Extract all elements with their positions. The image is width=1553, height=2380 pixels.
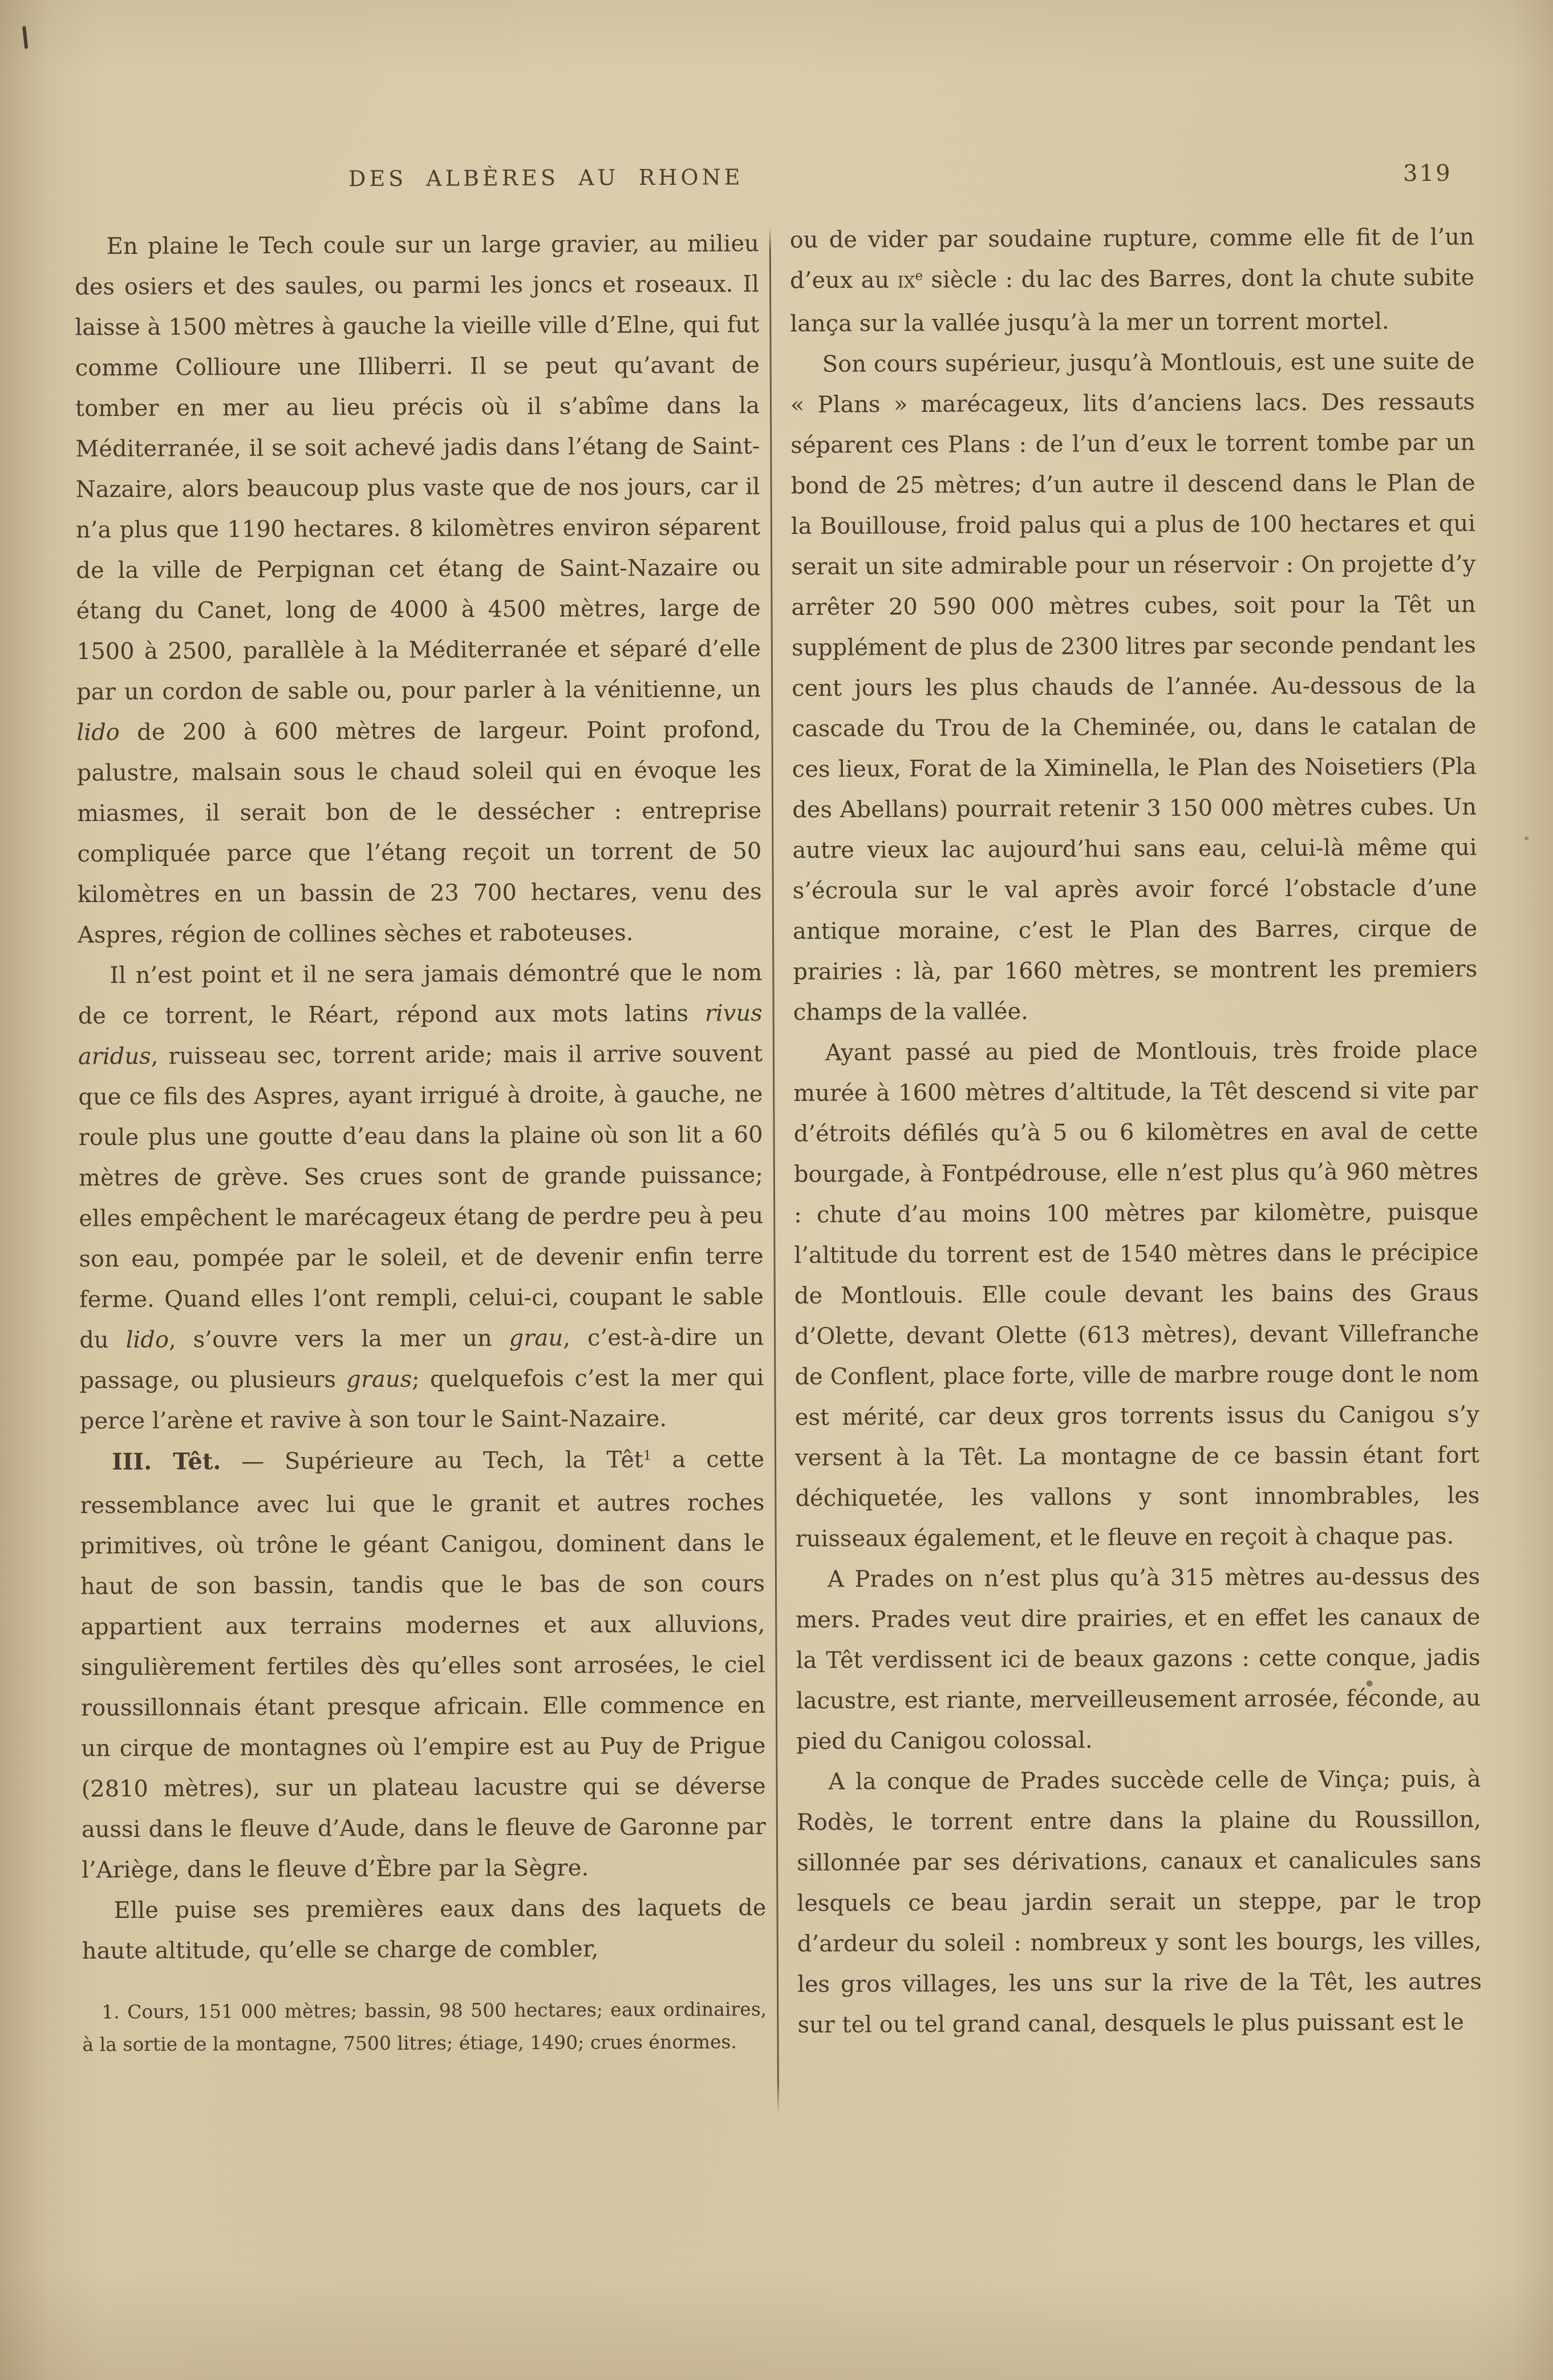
footnote: 1. Cours, 151 000 mètres; bassin, 98 500… xyxy=(82,1993,767,2061)
paper-speck-small xyxy=(1524,836,1528,840)
text-run: III. Têt. xyxy=(112,1448,221,1475)
text-run: a cette ressemblance avec lui que le gra… xyxy=(80,1446,766,1883)
page-number: 319 xyxy=(1403,160,1452,187)
text-run: ix xyxy=(897,267,915,293)
left-column-body: En plaine le Tech coule sur un large gra… xyxy=(75,224,767,1972)
paragraph: 1. Cours, 151 000 mètres; bassin, 98 500… xyxy=(82,1993,767,2061)
text-run: En plaine le Tech coule sur un large gra… xyxy=(75,230,761,705)
left-column: En plaine le Tech coule sur un large gra… xyxy=(75,224,767,2061)
text-run: A la conque de Prades succède celle de V… xyxy=(797,1766,1482,2038)
text-run: A Prades on n’est plus qu’à 315 mètres a… xyxy=(796,1564,1481,1755)
text-run: e xyxy=(915,268,923,284)
paragraph: En plaine le Tech coule sur un large gra… xyxy=(75,224,763,956)
paragraph: Son cours supérieur, jusqu’à Montlouis, … xyxy=(790,342,1478,1033)
text-run: Elle puise ses premières eaux dans des l… xyxy=(82,1895,767,1964)
text-run: lido xyxy=(126,1327,169,1353)
column-divider-rule xyxy=(769,227,779,2114)
page-content: DES ALBÈRES AU RHONE 319 En plaine le Te… xyxy=(0,0,1553,2380)
text-run: — Supérieure au Tech, la Têt xyxy=(221,1447,643,1475)
text-run: graus xyxy=(346,1366,412,1393)
text-run: grau xyxy=(509,1325,563,1351)
text-run: Ayant passé au pied de Montlouis, très f… xyxy=(793,1037,1479,1552)
text-run: , s’ouvre vers la mer un xyxy=(169,1325,509,1353)
right-column-body: ou de vider par soudaine rupture, comme … xyxy=(790,217,1482,2046)
ink-mark xyxy=(22,26,28,49)
text-run: 1 xyxy=(643,1448,652,1463)
paragraph: Il n’est point et il ne sera jamais démo… xyxy=(78,953,764,1442)
paragraph: Ayant passé au pied de Montlouis, très f… xyxy=(793,1030,1480,1560)
paragraph: ou de vider par soudaine rupture, comme … xyxy=(790,217,1475,345)
paragraph: III. Têt. — Supérieure au Tech, la Têt1 … xyxy=(80,1439,766,1891)
paragraph: Elle puise ses premières eaux dans des l… xyxy=(82,1888,767,1972)
text-run: Son cours supérieur, jusqu’à Montlouis, … xyxy=(790,349,1478,1026)
text-run: lido xyxy=(76,719,119,746)
right-column: ou de vider par soudaine rupture, comme … xyxy=(790,217,1482,2046)
text-run: de 200 à 600 mètres de largeur. Point pr… xyxy=(77,717,762,948)
text-run: Il n’est point et il ne sera jamais démo… xyxy=(78,960,763,1029)
running-head-title: DES ALBÈRES AU RHONE xyxy=(348,164,744,191)
text-run: 1. Cours, 151 000 mètres; bassin, 98 500… xyxy=(82,1998,767,2055)
paragraph: A Prades on n’est plus qu’à 315 mètres a… xyxy=(796,1557,1481,1762)
text-run: , ruisseau sec, torrent aride; mais il a… xyxy=(78,1041,764,1353)
book-page: DES ALBÈRES AU RHONE 319 En plaine le Te… xyxy=(0,0,1553,2380)
paragraph: A la conque de Prades succède celle de V… xyxy=(796,1759,1482,2046)
